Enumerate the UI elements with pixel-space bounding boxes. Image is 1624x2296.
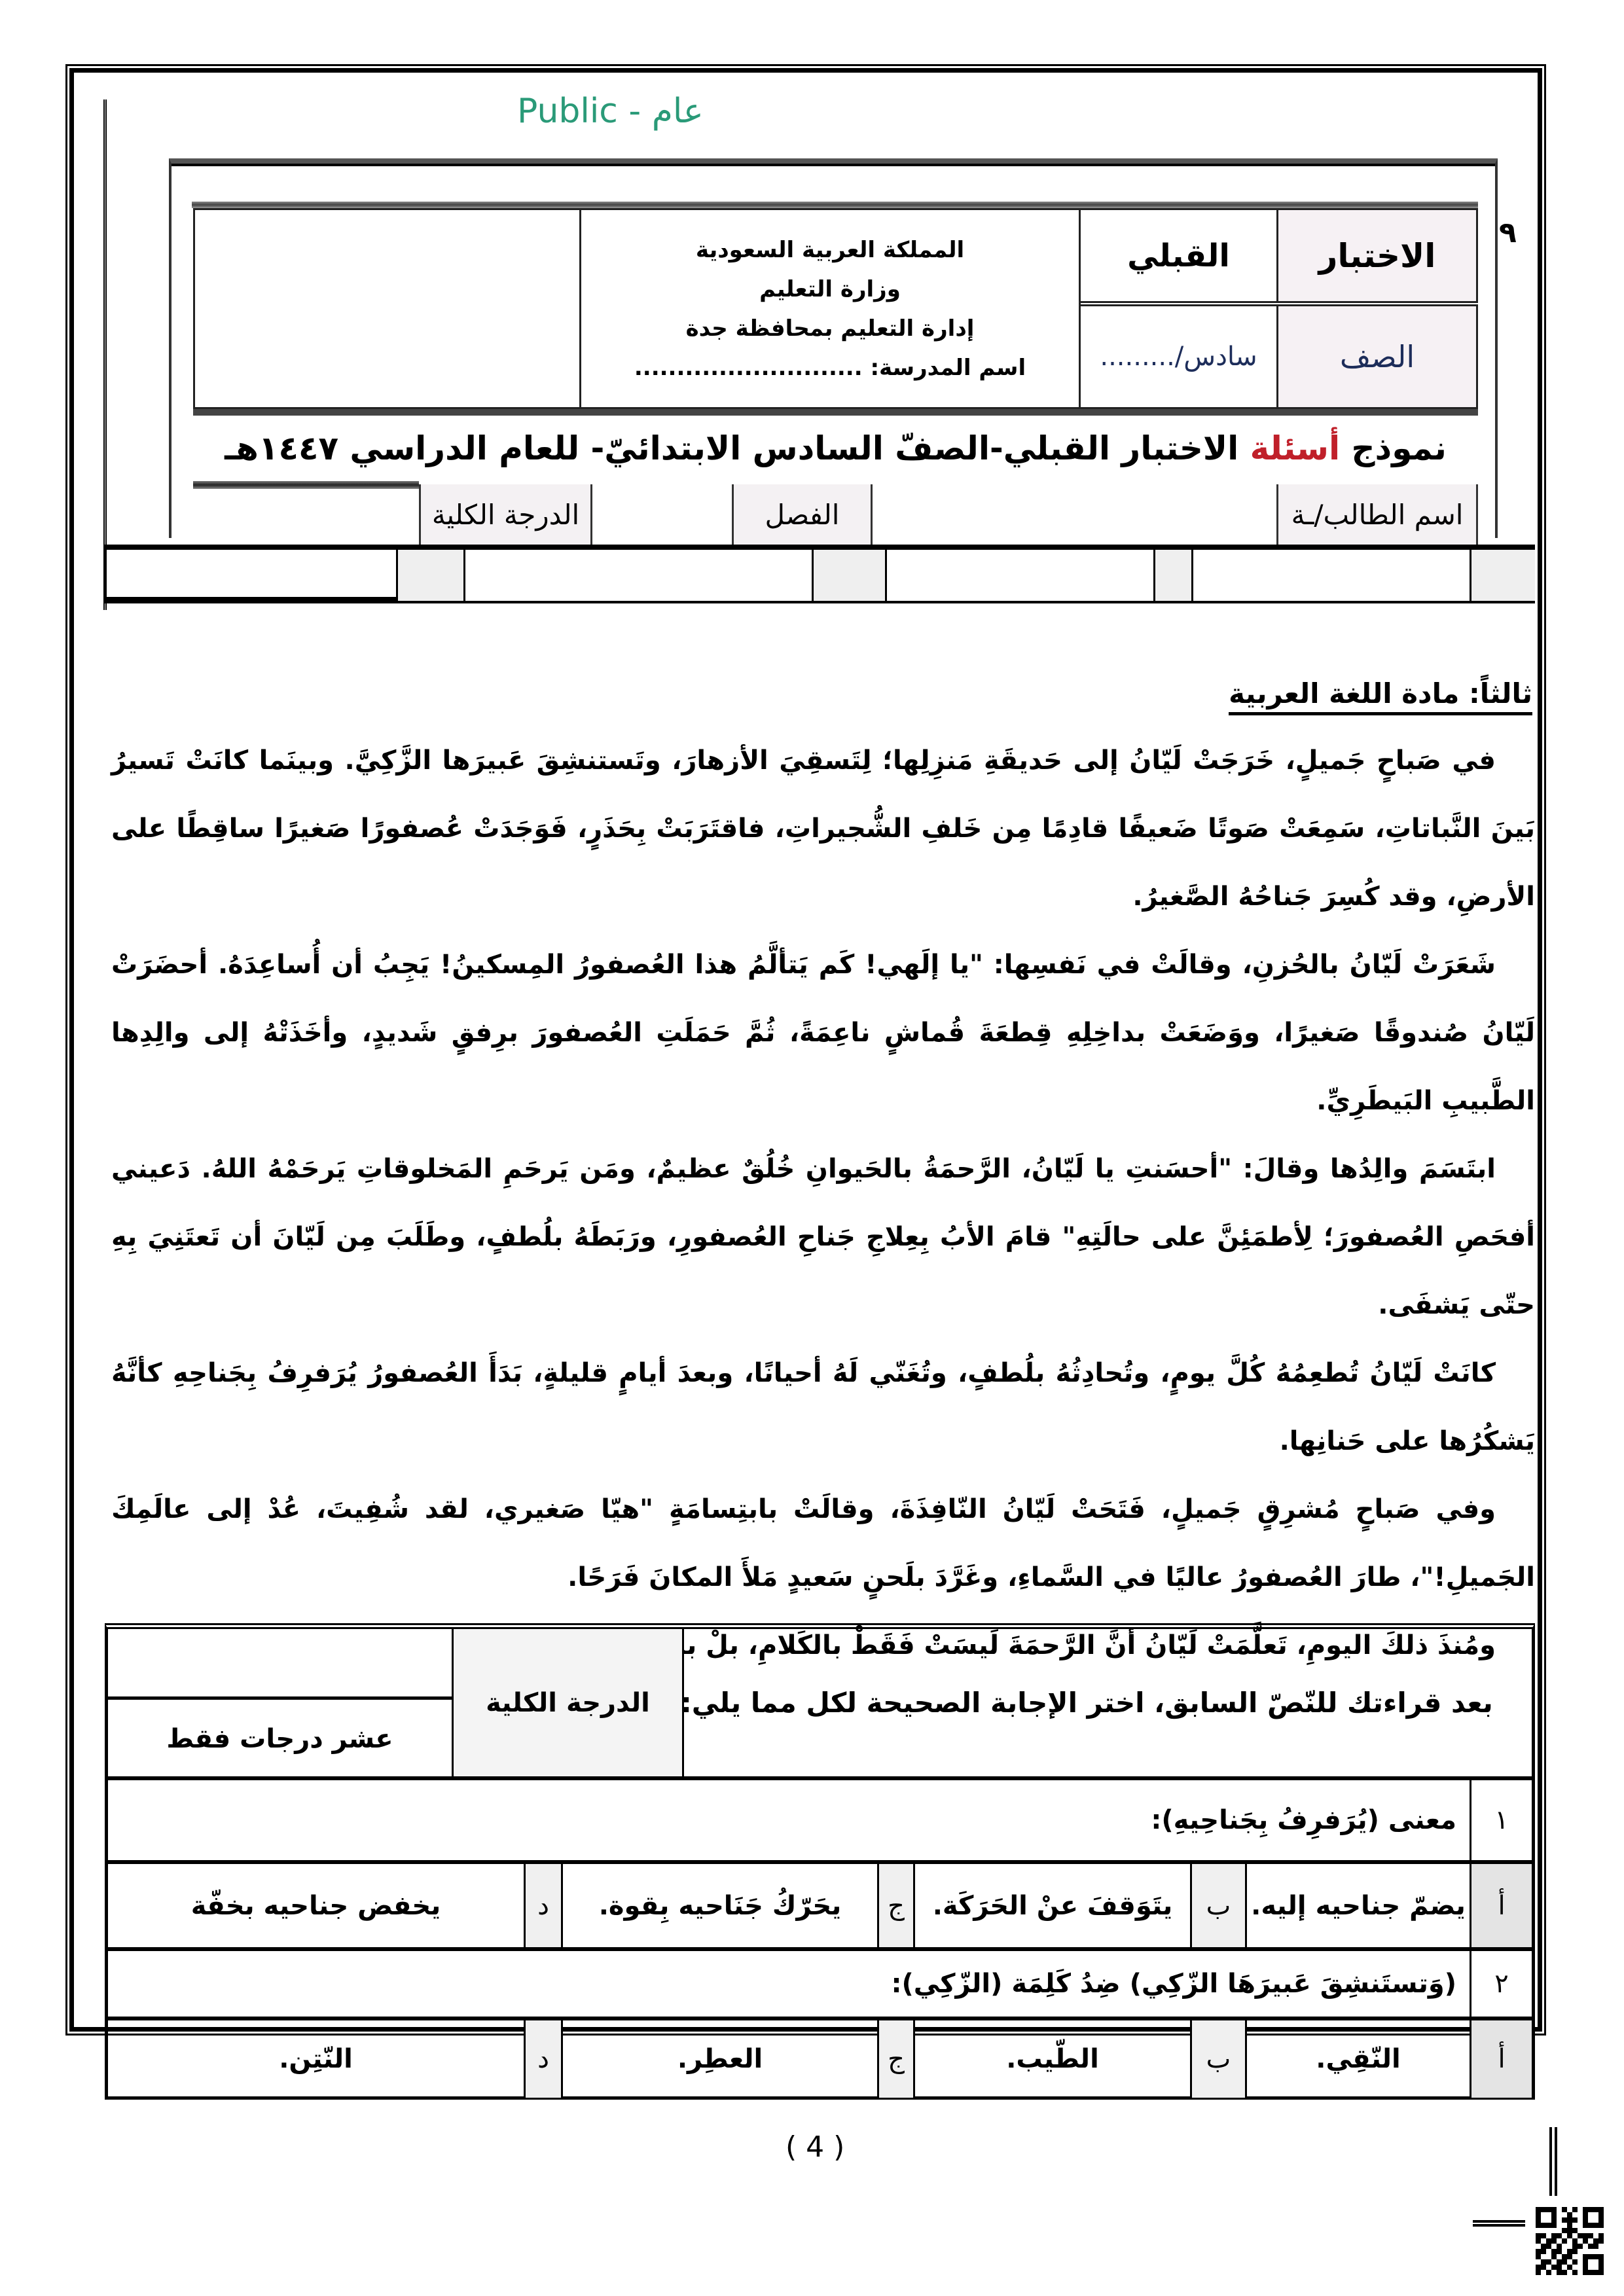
exam-value-cell: القبلي <box>1079 208 1278 303</box>
blank-field <box>885 550 1153 601</box>
exam-title-text: نموذج أسئلة الاختبار القبلي-الصفّ السادس… <box>225 429 1447 467</box>
student-name-label: اسم الطالب/ـة <box>1276 484 1478 545</box>
question-number: ١ <box>1470 1780 1532 1860</box>
option-letter: ب <box>1190 1864 1247 1947</box>
option-d[interactable]: النّتِن. <box>108 2020 524 2098</box>
student-name-field[interactable] <box>1191 550 1470 601</box>
option-b[interactable]: يتَوَقفَ عنْ الحَرَكَة. <box>915 1864 1190 1947</box>
class-label: الفصل <box>732 484 873 545</box>
logo-blank-cell <box>193 208 581 409</box>
exam-label: الاختبار <box>1319 237 1436 275</box>
divider <box>108 1696 452 1700</box>
option-a[interactable]: يضمّ جناحيه إليه. <box>1247 1864 1470 1947</box>
total-marker <box>396 550 463 601</box>
ministry-line-kingdom: المملكة العربية السعودية <box>696 237 964 263</box>
questions-total-label: الدرجة الكلية <box>452 1629 684 1776</box>
grade-value: سادس/......... <box>1100 342 1257 372</box>
questions-table: بعد قراءتك للنّصّ السابق، اختر الإجابة ا… <box>105 1623 1535 2100</box>
option-a[interactable]: النّقِي. <box>1247 2020 1470 2098</box>
class-field[interactable] <box>463 550 812 601</box>
total-grade-label: الدرجة الكلية <box>419 484 592 545</box>
section-heading: ثالثاً: مادة اللغة العربية <box>1229 677 1532 715</box>
ministry-line-ministry: وزارة التعليم <box>759 276 901 302</box>
option-d[interactable]: يخفض جناحيه بخفّة <box>108 1864 524 1947</box>
questions-instruction: بعد قراءتك للنّصّ السابق، اختر الإجابة ا… <box>681 1629 1519 1776</box>
class-marker <box>812 550 885 601</box>
border-connector <box>1549 2127 1557 2196</box>
page-mark: ٩ <box>1499 216 1517 249</box>
grade-value-cell[interactable]: سادس/......... <box>1079 304 1278 409</box>
ministry-line-directorate: إدارة التعليم بمحافظة جدة <box>686 315 975 342</box>
exam-title-prefix: نموذج <box>1340 429 1447 467</box>
question-number: ٢ <box>1470 1951 1532 2017</box>
option-letter: أ <box>1470 2020 1532 2098</box>
page-number: ( 4 ) <box>785 2130 844 2164</box>
option-letter: د <box>524 2020 563 2098</box>
option-letter: أ <box>1470 1864 1532 1947</box>
ministry-info-cell: المملكة العربية السعودية وزارة التعليم إ… <box>579 208 1081 409</box>
separator-cell <box>1153 550 1191 601</box>
student-name-marker <box>1470 550 1535 601</box>
grade-label-cell: الصف <box>1276 304 1478 409</box>
passage-paragraph: في صَباحٍ جَميلٍ، خَرَجَتْ لَيّانُ إلى ح… <box>111 726 1535 931</box>
border-connector <box>1473 2220 1525 2227</box>
option-b[interactable]: الطّيب. <box>915 2020 1190 2098</box>
question-text: معنى (يُرَفرِفُ بِجَناحِيهِ): <box>1151 1780 1456 1860</box>
header-table-top-rule <box>192 202 1478 208</box>
questions-total-value: عشر درجات فقط <box>108 1701 452 1776</box>
exam-label-cell: الاختبار <box>1276 208 1478 303</box>
exam-value: القبلي <box>1127 238 1230 274</box>
qr-code-icon <box>1536 2207 1604 2275</box>
exam-title: نموذج أسئلة الاختبار القبلي-الصفّ السادس… <box>193 409 1478 481</box>
option-c[interactable]: العطِر. <box>563 2020 877 2098</box>
header-left-rule <box>103 99 107 610</box>
exam-title-suffix: الاختبار القبلي-الصفّ السادس الابتدائيّ-… <box>225 429 1250 467</box>
student-info-row <box>105 545 1535 603</box>
option-letter: ج <box>877 1864 915 1947</box>
option-letter: د <box>524 1864 563 1947</box>
question-text: (وَتستَنشِقَ عَبيرَهَا الزّكِي) ضِدُ كَل… <box>892 1951 1456 2017</box>
total-grade-field[interactable] <box>105 550 396 601</box>
header-rule <box>193 481 419 489</box>
passage-paragraph: ابتَسَمَ والِدُها وقالَ: "أحسَنتِ يا لَي… <box>111 1135 1535 1339</box>
passage-paragraph: شَعَرَتْ لَيّانُ بالحُزنِ، وقالَتْ في نَ… <box>111 931 1535 1135</box>
exam-title-accent: أسئلة <box>1250 429 1340 467</box>
grade-label: الصف <box>1340 339 1415 374</box>
passage-paragraph: كانَتْ لَيّانُ تُطعِمُهُ كُلَّ يومٍ، وتُ… <box>111 1339 1535 1475</box>
school-name-field[interactable]: اسم المدرسة: ........................... <box>634 355 1026 381</box>
classification-label: Public - عام <box>517 92 704 131</box>
passage-paragraph: وفي صَباحٍ مُشرِقٍ جَميلٍ، فَتَحَتْ لَيّ… <box>111 1475 1535 1611</box>
option-letter: ج <box>877 2020 915 2098</box>
option-letter: ب <box>1190 2020 1247 2098</box>
reading-passage: في صَباحٍ جَميلٍ، خَرَجَتْ لَيّانُ إلى ح… <box>111 726 1535 1679</box>
option-c[interactable]: يحَرّكُ جَنَاحيه بِقوة. <box>563 1864 877 1947</box>
